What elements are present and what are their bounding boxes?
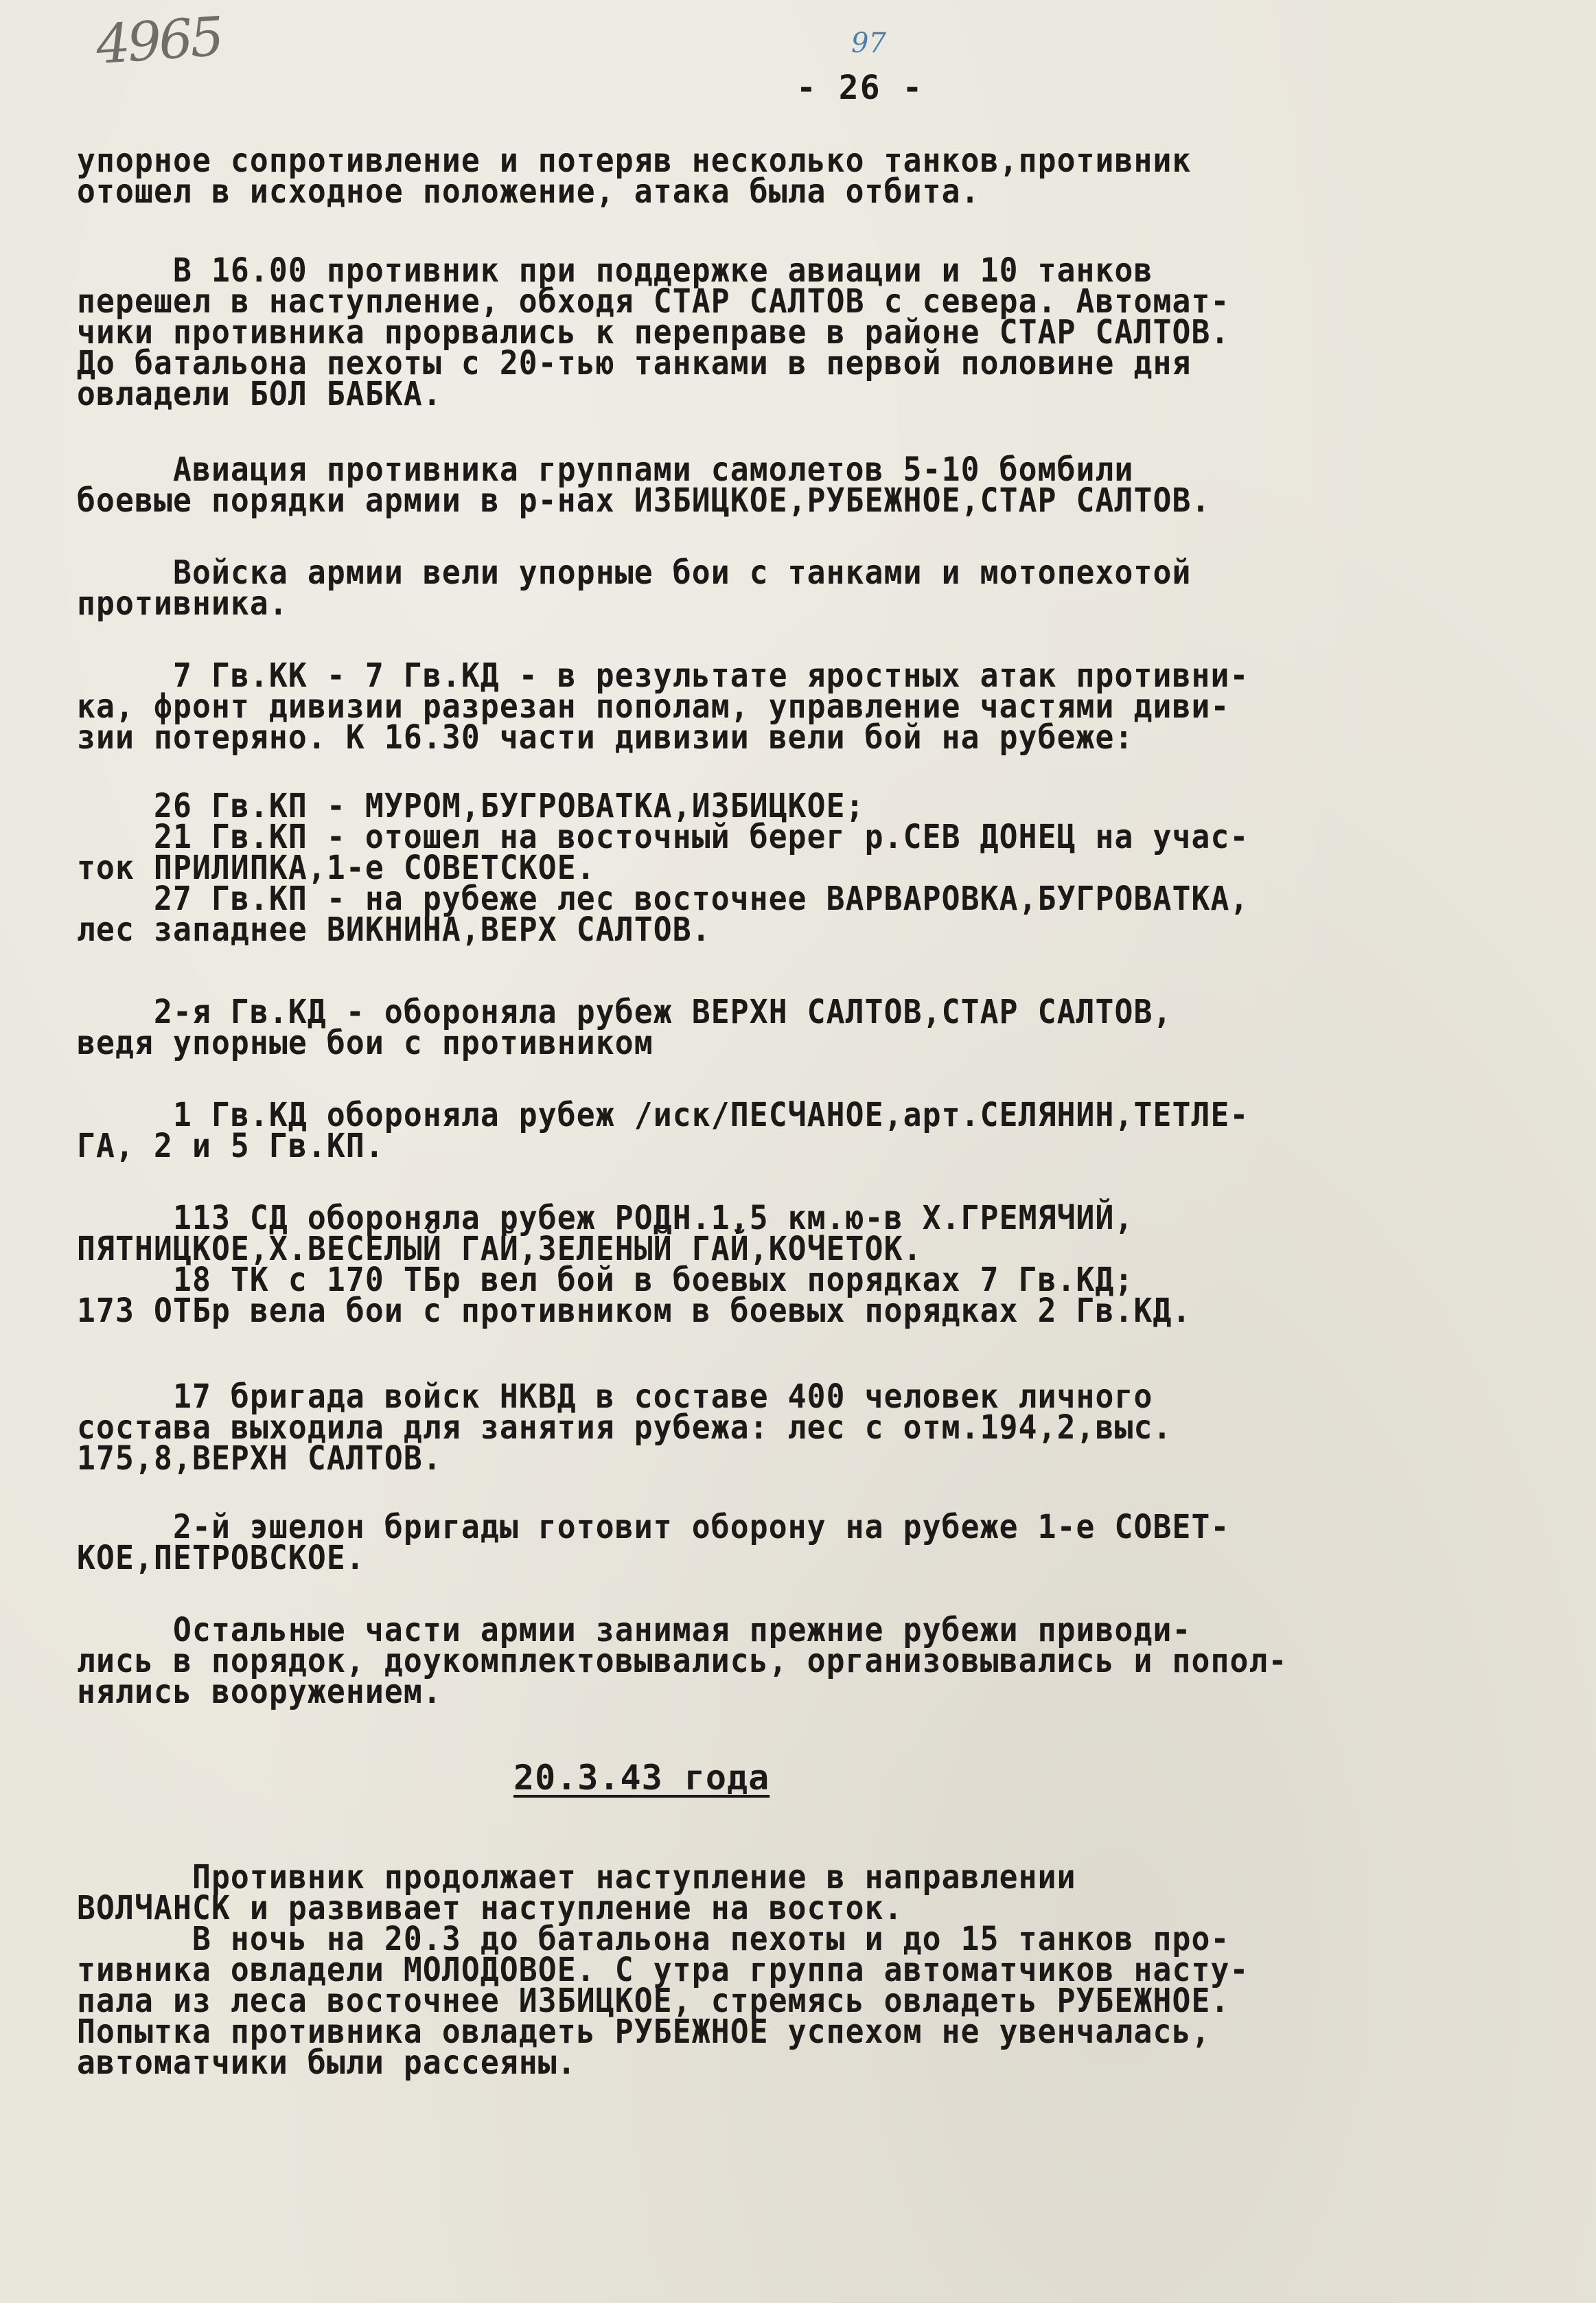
page-number: - 26 - xyxy=(796,69,923,107)
archive-pencil-number: 4965 xyxy=(94,6,223,77)
section-date-heading: 20.3.43 года xyxy=(513,1758,770,1798)
paragraph-4: Войска армии вели упорные бои с танками … xyxy=(77,558,1392,619)
paragraph-12: Остальные части армии занимая прежние ру… xyxy=(77,1615,1392,1708)
paragraph-6: 26 Гв.КП - МУРОМ,БУГРОВАТКА,ИЗБИЦКОЕ; 21… xyxy=(77,791,1392,946)
document-page: 4965 97 - 26 - упорное сопротивление и п… xyxy=(0,0,1596,2303)
paragraph-8: 1 Гв.КД обороняла рубеж /иск/ПЕСЧАНОЕ,ар… xyxy=(77,1100,1392,1162)
paragraph-7: 2-я Гв.КД - обороняла рубеж ВЕРХН САЛТОВ… xyxy=(77,997,1392,1059)
paragraph-10: 17 бригада войск НКВД в составе 400 чело… xyxy=(77,1382,1392,1474)
paragraph-3: Авиация противника группами самолетов 5-… xyxy=(77,455,1392,516)
paragraph-9: 113 СД обороняла рубеж РОДН.1,5 км.ю-в Х… xyxy=(77,1203,1392,1327)
paragraph-1: упорное сопротивление и потеряв нескольк… xyxy=(77,146,1392,207)
section-paragraph-1: Противник продолжает наступление в напра… xyxy=(77,1862,1392,2078)
archive-stamp-number: 97 xyxy=(851,27,886,59)
paragraph-5: 7 Гв.КК - 7 Гв.КД - в результате яростны… xyxy=(77,661,1392,753)
paragraph-2: В 16.00 противник при поддержке авиации … xyxy=(77,255,1392,410)
paragraph-11: 2-й эшелон бригады готовит оборону на ру… xyxy=(77,1512,1392,1574)
